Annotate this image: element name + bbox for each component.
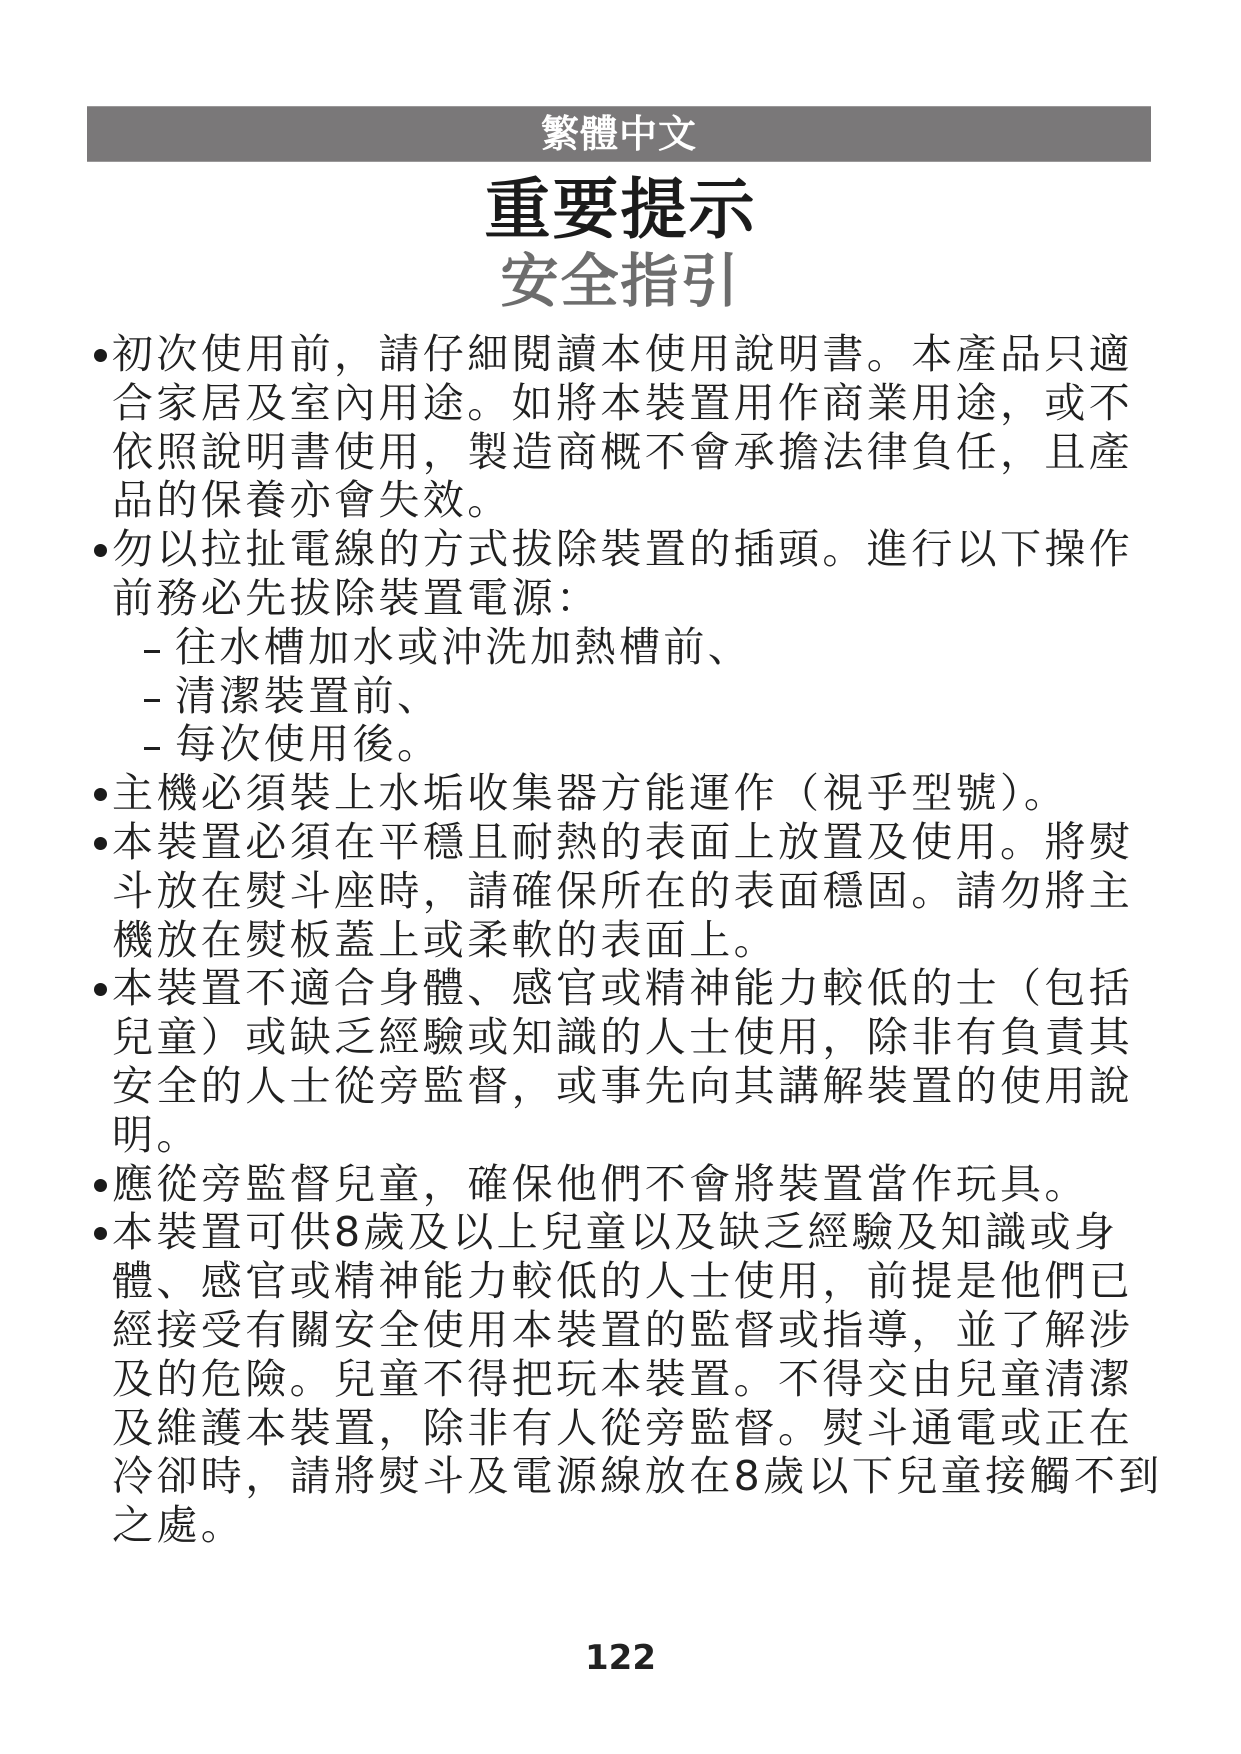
bullet-text: 本裝置必須在平穩且耐熱的表面上放置及使用。將熨斗放在熨斗座時，請確保所在的表面穩… — [112, 818, 1168, 964]
sub-item-list: 往水槽加水或沖洗加熱槽前、 清潔裝置前、 每次使用後。 — [112, 623, 1168, 769]
bullet-dot-icon — [94, 983, 107, 996]
bullet-item: 主機必須裝上水垢收集器方能運作（視乎型號）。 — [88, 769, 1168, 818]
sub-item: 往水槽加水或沖洗加熱槽前、 — [142, 623, 1168, 672]
sub-item-text: 往水槽加水或沖洗加熱槽前、 — [175, 623, 752, 671]
bullet-text: 勿以拉扯電線的方式拔除裝置的插頭。進行以下操作前務必先拔除裝置電源： — [112, 525, 1168, 623]
language-header-bar: 繁體中文 — [87, 106, 1151, 162]
bullet-item: 初次使用前，請仔細閱讀本使用說明書。本產品只適合家居及室內用途。如將本裝置用作商… — [88, 330, 1168, 525]
bullet-dot-icon — [94, 788, 107, 801]
bullet-item: 本裝置可供8歲及以上兒童以及缺乏經驗及知識或身體、感官或精神能力較低的人士使用，… — [88, 1208, 1168, 1550]
safety-instructions: 初次使用前，請仔細閱讀本使用說明書。本產品只適合家居及室內用途。如將本裝置用作商… — [88, 330, 1168, 1550]
bullet-text: 應從旁監督兒童，確保他們不會將裝置當作玩具。 — [112, 1160, 1168, 1209]
dash-icon — [144, 747, 160, 750]
page-subtitle: 安全指引 — [0, 246, 1241, 316]
bullet-dot-icon — [94, 1179, 107, 1192]
sub-item: 每次使用後。 — [142, 720, 1168, 769]
bullet-list: 初次使用前，請仔細閱讀本使用說明書。本產品只適合家居及室內用途。如將本裝置用作商… — [88, 330, 1168, 1550]
bullet-text: 主機必須裝上水垢收集器方能運作（視乎型號）。 — [112, 769, 1168, 818]
bullet-dot-icon — [94, 544, 107, 557]
bullet-text: 初次使用前，請仔細閱讀本使用說明書。本產品只適合家居及室內用途。如將本裝置用作商… — [112, 330, 1168, 525]
sub-item-text: 清潔裝置前、 — [175, 672, 441, 720]
bullet-item: 本裝置不適合身體、感官或精神能力較低的士（包括兒童）或缺乏經驗或知識的人士使用，… — [88, 964, 1168, 1159]
page-number: 122 — [0, 1640, 1241, 1676]
bullet-text: 本裝置不適合身體、感官或精神能力較低的士（包括兒童）或缺乏經驗或知識的人士使用，… — [112, 964, 1168, 1159]
page-title: 重要提示 — [0, 172, 1241, 248]
bullet-item: 本裝置必須在平穩且耐熱的表面上放置及使用。將熨斗放在熨斗座時，請確保所在的表面穩… — [88, 818, 1168, 964]
sub-item-text: 每次使用後。 — [175, 720, 441, 768]
sub-item: 清潔裝置前、 — [142, 672, 1168, 721]
bullet-dot-icon — [94, 1227, 107, 1240]
bullet-text: 本裝置可供8歲及以上兒童以及缺乏經驗及知識或身體、感官或精神能力較低的人士使用，… — [112, 1208, 1168, 1550]
bullet-dot-icon — [94, 837, 107, 850]
bullet-item: 應從旁監督兒童，確保他們不會將裝置當作玩具。 — [88, 1160, 1168, 1209]
bullet-dot-icon — [94, 349, 107, 362]
language-label: 繁體中文 — [541, 115, 697, 153]
dash-icon — [144, 650, 160, 653]
bullet-item: 勿以拉扯電線的方式拔除裝置的插頭。進行以下操作前務必先拔除裝置電源： 往水槽加水… — [88, 525, 1168, 769]
dash-icon — [144, 699, 160, 702]
